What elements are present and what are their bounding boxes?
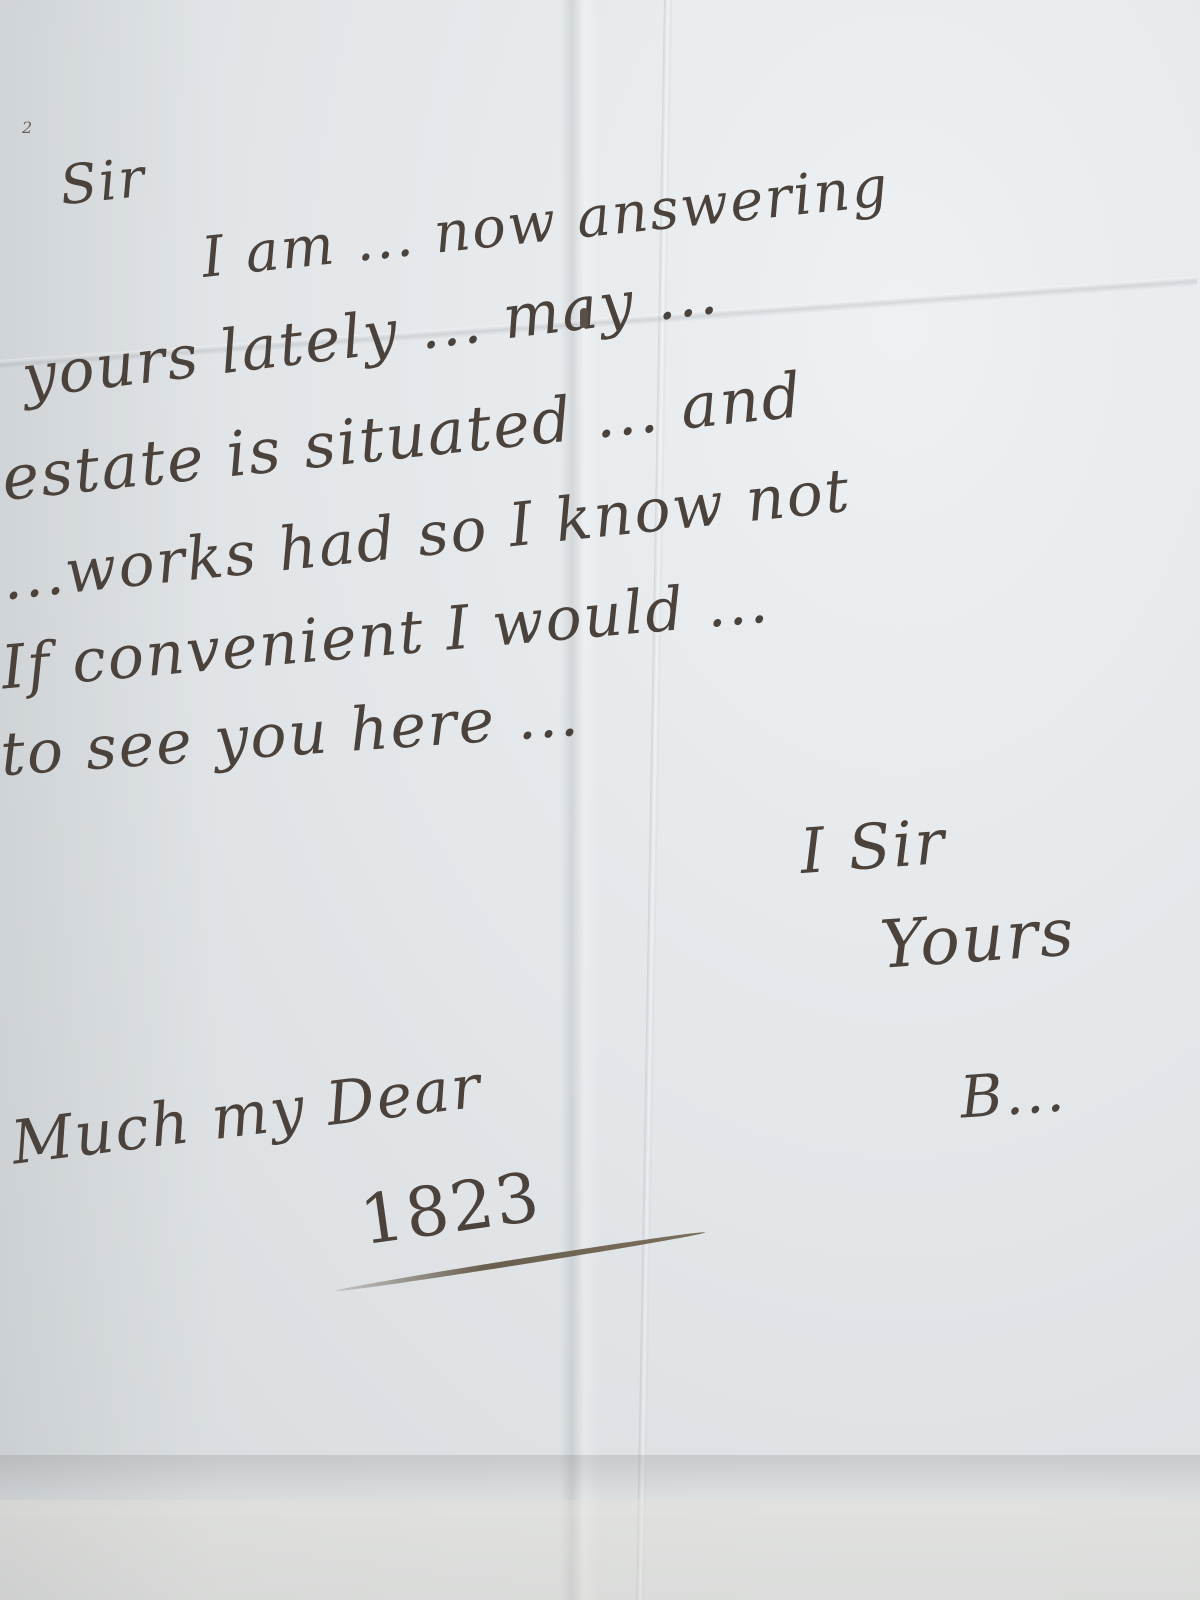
salutation: Sir	[57, 146, 149, 218]
lower-fold-panel	[0, 1500, 1200, 1600]
ink-blot	[580, 308, 588, 328]
signature: B...	[958, 1056, 1068, 1131]
closing-line-1: I Sir	[798, 805, 949, 888]
closing-line-2: Yours	[878, 893, 1078, 983]
corner-mark: 2	[22, 118, 34, 137]
